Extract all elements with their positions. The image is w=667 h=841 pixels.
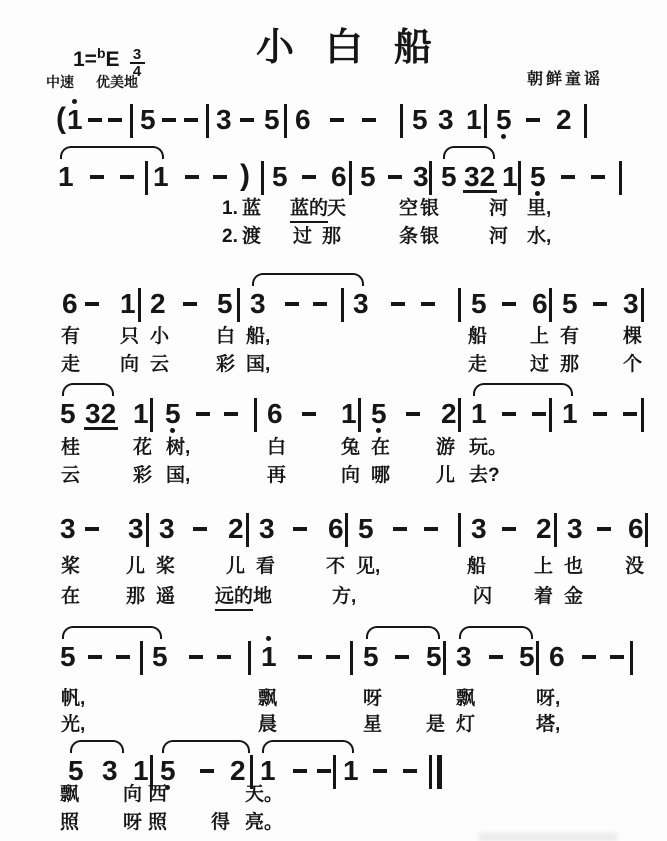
barline (484, 104, 487, 138)
lyric: 那 (322, 226, 341, 248)
dash-note (391, 302, 405, 306)
lyric-row: 在那遥远的地方,闪着金 (0, 586, 667, 610)
barline (549, 288, 552, 322)
barline (150, 398, 153, 432)
dash-note (502, 527, 516, 531)
note-digit: 5 (272, 160, 288, 194)
note-digit: 3 (456, 640, 472, 674)
barline (641, 288, 644, 322)
lyric-row: 2.渡过那条银河水, (0, 226, 667, 250)
barline (549, 398, 552, 432)
dash-note (502, 302, 516, 306)
dash-note (532, 412, 546, 416)
note-digit: 1 (341, 397, 357, 431)
note-digit: 5 (160, 754, 176, 788)
lyric: 兔 (341, 437, 360, 459)
lyric: 过 (293, 226, 312, 248)
note-digit: 5 (371, 397, 387, 431)
lyric: 河 (489, 198, 508, 220)
note-digit: 5 (165, 397, 181, 431)
lyric-row: 帆,飘呀飘呀, (0, 688, 667, 712)
dash-note (489, 655, 503, 659)
note-digit: 1 (502, 160, 518, 194)
note-digit: 5 (441, 160, 457, 194)
octave-dot-low (535, 191, 540, 196)
dash-note (597, 527, 611, 531)
lyric: 闪 (473, 586, 492, 608)
octave-dot-high (266, 636, 271, 641)
note-digit: 3 (60, 512, 76, 546)
dash-note (403, 769, 417, 773)
lyric: 照 (60, 812, 79, 834)
lyric: 过 (530, 354, 549, 376)
note-digit: 5 (360, 160, 376, 194)
barline (536, 641, 539, 675)
note-digit: 6 (62, 287, 78, 321)
dash-note (302, 412, 316, 416)
lyric: 看 (256, 556, 275, 578)
note-digit: 5 (60, 397, 76, 431)
lyric: 银 (420, 198, 439, 220)
note-digit: 6 (549, 640, 565, 674)
lyric: 呀 (363, 688, 382, 710)
lyric: 是 (426, 714, 445, 736)
note-digit: 2 (228, 512, 244, 546)
note-digit: 3 (623, 287, 639, 321)
lyric: 有 (560, 326, 579, 348)
lyric: 呀 (123, 812, 142, 834)
lyric: 向 (123, 784, 142, 806)
lyric: 河 (489, 226, 508, 248)
note-digit: 5 (358, 512, 374, 546)
lyric: 亮。 (245, 812, 283, 834)
note-digit: 2 (150, 287, 166, 321)
dash-note (373, 769, 387, 773)
lyric: 云 (150, 354, 169, 376)
lyric: 花 (133, 437, 152, 459)
music-line: 33323653236 (0, 512, 667, 552)
note-digit: 3 (250, 287, 266, 321)
lyric: 飘 (60, 784, 79, 806)
dash-note (193, 527, 207, 531)
note-digit: 1 (67, 103, 83, 137)
barline (146, 513, 149, 547)
dash-note (593, 412, 607, 416)
note-digit: 5 (426, 640, 442, 674)
barline (630, 641, 633, 675)
lyric: 1. (222, 198, 238, 220)
lyric: 星 (363, 714, 382, 736)
lyric-row: 1.蓝蓝的天空银河里, (0, 198, 667, 222)
lyric: 玩。 (469, 437, 507, 459)
barline (261, 161, 264, 195)
lyric: 向 (341, 465, 360, 487)
dash-note (120, 175, 134, 179)
lyric: 飘 (258, 688, 277, 710)
barline (645, 513, 648, 547)
barline (619, 161, 622, 195)
dash-note (393, 527, 407, 531)
barline (429, 161, 432, 195)
song-title: 小白船 (256, 16, 463, 71)
lyric-row: 光,晨星是灯塔, (0, 714, 667, 738)
note-digit: 5 (412, 103, 428, 137)
dash-note (240, 118, 254, 122)
note-digit: 3 (471, 512, 487, 546)
note-digit: 32 (464, 160, 495, 194)
music-line: 6125335653 (0, 287, 667, 327)
lyric: 树, (166, 437, 190, 459)
dash-note (217, 655, 231, 659)
octave-dot-low (376, 428, 381, 433)
note-digit: 3 (567, 512, 583, 546)
dash-note (293, 527, 307, 531)
tempo-marking: 中速 (46, 74, 74, 90)
lyric: 只 (120, 326, 139, 348)
barline (345, 513, 348, 547)
note-digit: 1 (343, 754, 359, 788)
music-line: 11)565353215 (0, 160, 667, 200)
octave-dot-low (501, 134, 506, 139)
note-digit: 1 (133, 397, 149, 431)
dash-note (591, 175, 605, 179)
note-digit: 1 (260, 754, 276, 788)
note-digit: 3 (353, 287, 369, 321)
note-digit: 1 (120, 287, 136, 321)
note-digit: 3 (438, 103, 454, 137)
lyric: 空 (399, 198, 418, 220)
tie-arc (162, 740, 250, 753)
dash-note (424, 527, 438, 531)
note-digit: 5 (363, 640, 379, 674)
lyric: 桂 (61, 437, 80, 459)
lyric: 不 (326, 556, 345, 578)
note-digit: 2 (441, 397, 457, 431)
lyric: 灯 (456, 714, 475, 736)
lyric: 云 (61, 465, 80, 487)
note-digit: 6 (628, 512, 644, 546)
barline (138, 288, 141, 322)
lyric: 那 (560, 354, 579, 376)
lyric: 上 (530, 326, 549, 348)
note-digit: 2 (556, 103, 572, 137)
lyric: 天 (327, 198, 346, 220)
lyric: 上 (534, 556, 553, 578)
octave-dot-high (72, 99, 77, 104)
dash-note (421, 302, 435, 306)
dash-note (189, 655, 203, 659)
barline (400, 104, 403, 138)
lyric: 蓝的 (290, 198, 328, 223)
lyric: 国, (246, 354, 270, 376)
barline (518, 161, 521, 195)
tie-arc (252, 273, 364, 286)
lyric: 儿 (126, 556, 145, 578)
lyric: 遥 (156, 586, 175, 608)
lyric: 哪 (371, 465, 390, 487)
lyric: 国, (166, 465, 190, 487)
lyric: 小 (150, 326, 169, 348)
barline (458, 288, 461, 322)
dash-note (326, 655, 340, 659)
lyric: 条 (399, 226, 418, 248)
lyric: 棵 (623, 326, 642, 348)
eighth-note-beam (84, 427, 118, 430)
barline (254, 398, 257, 432)
dash-note (90, 175, 104, 179)
dash-note (184, 118, 198, 122)
lyric: 渡 (242, 226, 261, 248)
music-line: 55155356 (0, 640, 667, 680)
note-digit: 1 (471, 397, 487, 431)
lyric-row: 桂花树,白兔在游玩。 (0, 437, 667, 461)
note-digit: 6 (328, 512, 344, 546)
expression-marking: 优美地 (96, 74, 138, 90)
octave-dot-low (170, 428, 175, 433)
note-digit: 1 (466, 103, 482, 137)
note-digit: 5 (140, 103, 156, 137)
tie-arc (62, 383, 114, 396)
note-digit: 6 (267, 397, 283, 431)
note-digit: 3 (216, 103, 232, 137)
note-digit: 5 (264, 103, 280, 137)
tie-arc (443, 146, 495, 159)
tie-arc (473, 383, 573, 396)
note-digit: 5 (519, 640, 535, 674)
lyric: 照 (148, 812, 167, 834)
music-line: (1535653152 (0, 103, 667, 143)
dash-note (610, 655, 624, 659)
dash-note (395, 655, 409, 659)
lyric: 光, (61, 714, 85, 736)
barline (145, 161, 148, 195)
note-digit: 5 (60, 640, 76, 674)
dash-note (623, 412, 637, 416)
lyric: 飘 (456, 688, 475, 710)
meter-numerator: 3 (130, 48, 145, 61)
flat-sign: b (97, 45, 106, 61)
sheet-music-page: 小白船 1=bE34 中速优美地 朝鲜童谣 (153565315211)5653… (0, 0, 667, 841)
note-digit: 5 (496, 103, 512, 137)
lyric: 塔, (536, 714, 560, 736)
lyric-row: 有只小白船,船上有棵 (0, 326, 667, 350)
note-digit: 2 (230, 754, 246, 788)
barline (584, 104, 587, 138)
dash-note (85, 527, 99, 531)
attribution: 朝鲜童谣 (527, 66, 603, 89)
note-digit: 1 (562, 397, 578, 431)
watermark-remnant (478, 833, 618, 841)
note-digit: 5 (152, 640, 168, 674)
dash-note (213, 175, 227, 179)
note-digit: 3 (128, 512, 144, 546)
note-digit: 5 (68, 754, 84, 788)
lyric: 儿 (436, 465, 455, 487)
tie-arc (70, 740, 124, 753)
lyric-row: 飘向西天。 (0, 784, 667, 808)
barline (130, 104, 133, 138)
lyric: 向 (120, 354, 139, 376)
dash-note (526, 118, 540, 122)
dash-note (330, 118, 344, 122)
lyric: 去? (469, 465, 500, 487)
barline (350, 641, 353, 675)
lyric: 地 (253, 586, 272, 608)
lyric: 金 (564, 586, 583, 608)
lyric: 船, (246, 326, 270, 348)
note-digit: 5 (217, 287, 233, 321)
tie-arc (62, 626, 162, 639)
lyric: 有 (61, 326, 80, 348)
dash-note (108, 118, 122, 122)
lyric: 走 (61, 354, 80, 376)
dash-note (85, 302, 99, 306)
note-digit: 3 (259, 512, 275, 546)
lyric: 呀, (536, 688, 560, 710)
dash-note (183, 302, 197, 306)
lyric: 白 (216, 326, 235, 348)
tie-arc (366, 626, 440, 639)
dash-note (162, 118, 176, 122)
tie-arc (60, 146, 164, 159)
lyric: 蓝 (242, 198, 261, 220)
lyric: 得 (211, 812, 230, 834)
lyric: 儿 (226, 556, 245, 578)
tempo-row: 中速优美地 (46, 72, 138, 92)
lyric: 水, (527, 226, 551, 248)
barline (237, 288, 240, 322)
dash-note (293, 769, 307, 773)
barline (341, 288, 344, 322)
dash-note (285, 302, 299, 306)
lyric: 桨 (61, 556, 80, 578)
barline (206, 104, 209, 138)
lyric: 帆, (61, 688, 85, 710)
barline (358, 398, 361, 432)
parenthesis: ) (240, 160, 250, 194)
lyric: 个 (623, 354, 642, 376)
dash-note (406, 412, 420, 416)
dash-note (502, 412, 516, 416)
barline (140, 641, 143, 675)
dash-note (582, 655, 596, 659)
dash-note (388, 175, 402, 179)
lyric: 再 (267, 465, 286, 487)
lyric: 白 (267, 437, 286, 459)
lyric: 游 (436, 437, 455, 459)
lyric: 见, (356, 556, 380, 578)
lyric: 在 (371, 437, 390, 459)
lyric: 也 (564, 556, 583, 578)
note-digit: 6 (532, 287, 548, 321)
note-digit: 1 (261, 640, 277, 674)
lyric-row: 桨儿桨儿看不见,船上也没 (0, 556, 667, 580)
lyric: 远的 (215, 586, 253, 611)
lyric: 着 (534, 586, 553, 608)
lyric: 船 (467, 556, 486, 578)
lyric: 天。 (245, 784, 283, 806)
parenthesis: ( (56, 103, 66, 137)
lyric: 船 (468, 326, 487, 348)
lyric: 那 (126, 586, 145, 608)
lyric: 没 (625, 556, 644, 578)
dash-note (88, 655, 102, 659)
note-digit: 5 (562, 287, 578, 321)
dash-note (200, 769, 214, 773)
dash-note (224, 412, 238, 416)
tie-arc (262, 740, 354, 753)
barline (443, 641, 446, 675)
lyric: 桨 (156, 556, 175, 578)
note-digit: 1 (153, 160, 169, 194)
note-digit: 32 (85, 397, 116, 431)
barline (641, 398, 644, 432)
key-prefix: 1= (73, 48, 97, 71)
note-digit: 3 (102, 754, 118, 788)
barline (458, 398, 461, 432)
note-digit: 1 (58, 160, 74, 194)
dash-note (317, 769, 331, 773)
dash-note (593, 302, 607, 306)
tie-arc (459, 626, 533, 639)
dash-note (196, 412, 210, 416)
note-digit: 2 (536, 512, 552, 546)
note-digit: 5 (530, 160, 546, 194)
note-digit: 3 (413, 160, 429, 194)
note-digit: 5 (471, 287, 487, 321)
barline (458, 513, 461, 547)
barline (349, 161, 352, 195)
note-digit: 6 (295, 103, 311, 137)
lyric: 银 (420, 226, 439, 248)
barline (284, 104, 287, 138)
lyric: 里, (527, 198, 551, 220)
dash-note (185, 175, 199, 179)
lyric-row: 云彩国,再向哪儿去? (0, 465, 667, 489)
barline (246, 513, 249, 547)
lyric: 在 (61, 586, 80, 608)
eighth-note-beam (463, 190, 497, 193)
dash-note (302, 175, 316, 179)
lyric: 2. (222, 226, 238, 248)
barline (554, 513, 557, 547)
music-line: 53215615211 (0, 397, 667, 437)
dash-note (313, 302, 327, 306)
lyric: 晨 (258, 714, 277, 736)
key-letter: E (106, 48, 120, 71)
dash-note (362, 118, 376, 122)
dash-note (298, 655, 312, 659)
lyric: 走 (468, 354, 487, 376)
note-digit: 6 (331, 160, 347, 194)
barline (248, 641, 251, 675)
lyric: 西 (148, 784, 167, 806)
lyric: 彩 (133, 465, 152, 487)
note-digit: 1 (133, 754, 149, 788)
lyric: 方, (332, 586, 356, 608)
dash-note (116, 655, 130, 659)
lyric: 彩 (216, 354, 235, 376)
lyric-row: 走向云彩国,走过那个 (0, 354, 667, 378)
note-digit: 3 (159, 512, 175, 546)
dash-note (561, 175, 575, 179)
dash-note (88, 118, 102, 122)
